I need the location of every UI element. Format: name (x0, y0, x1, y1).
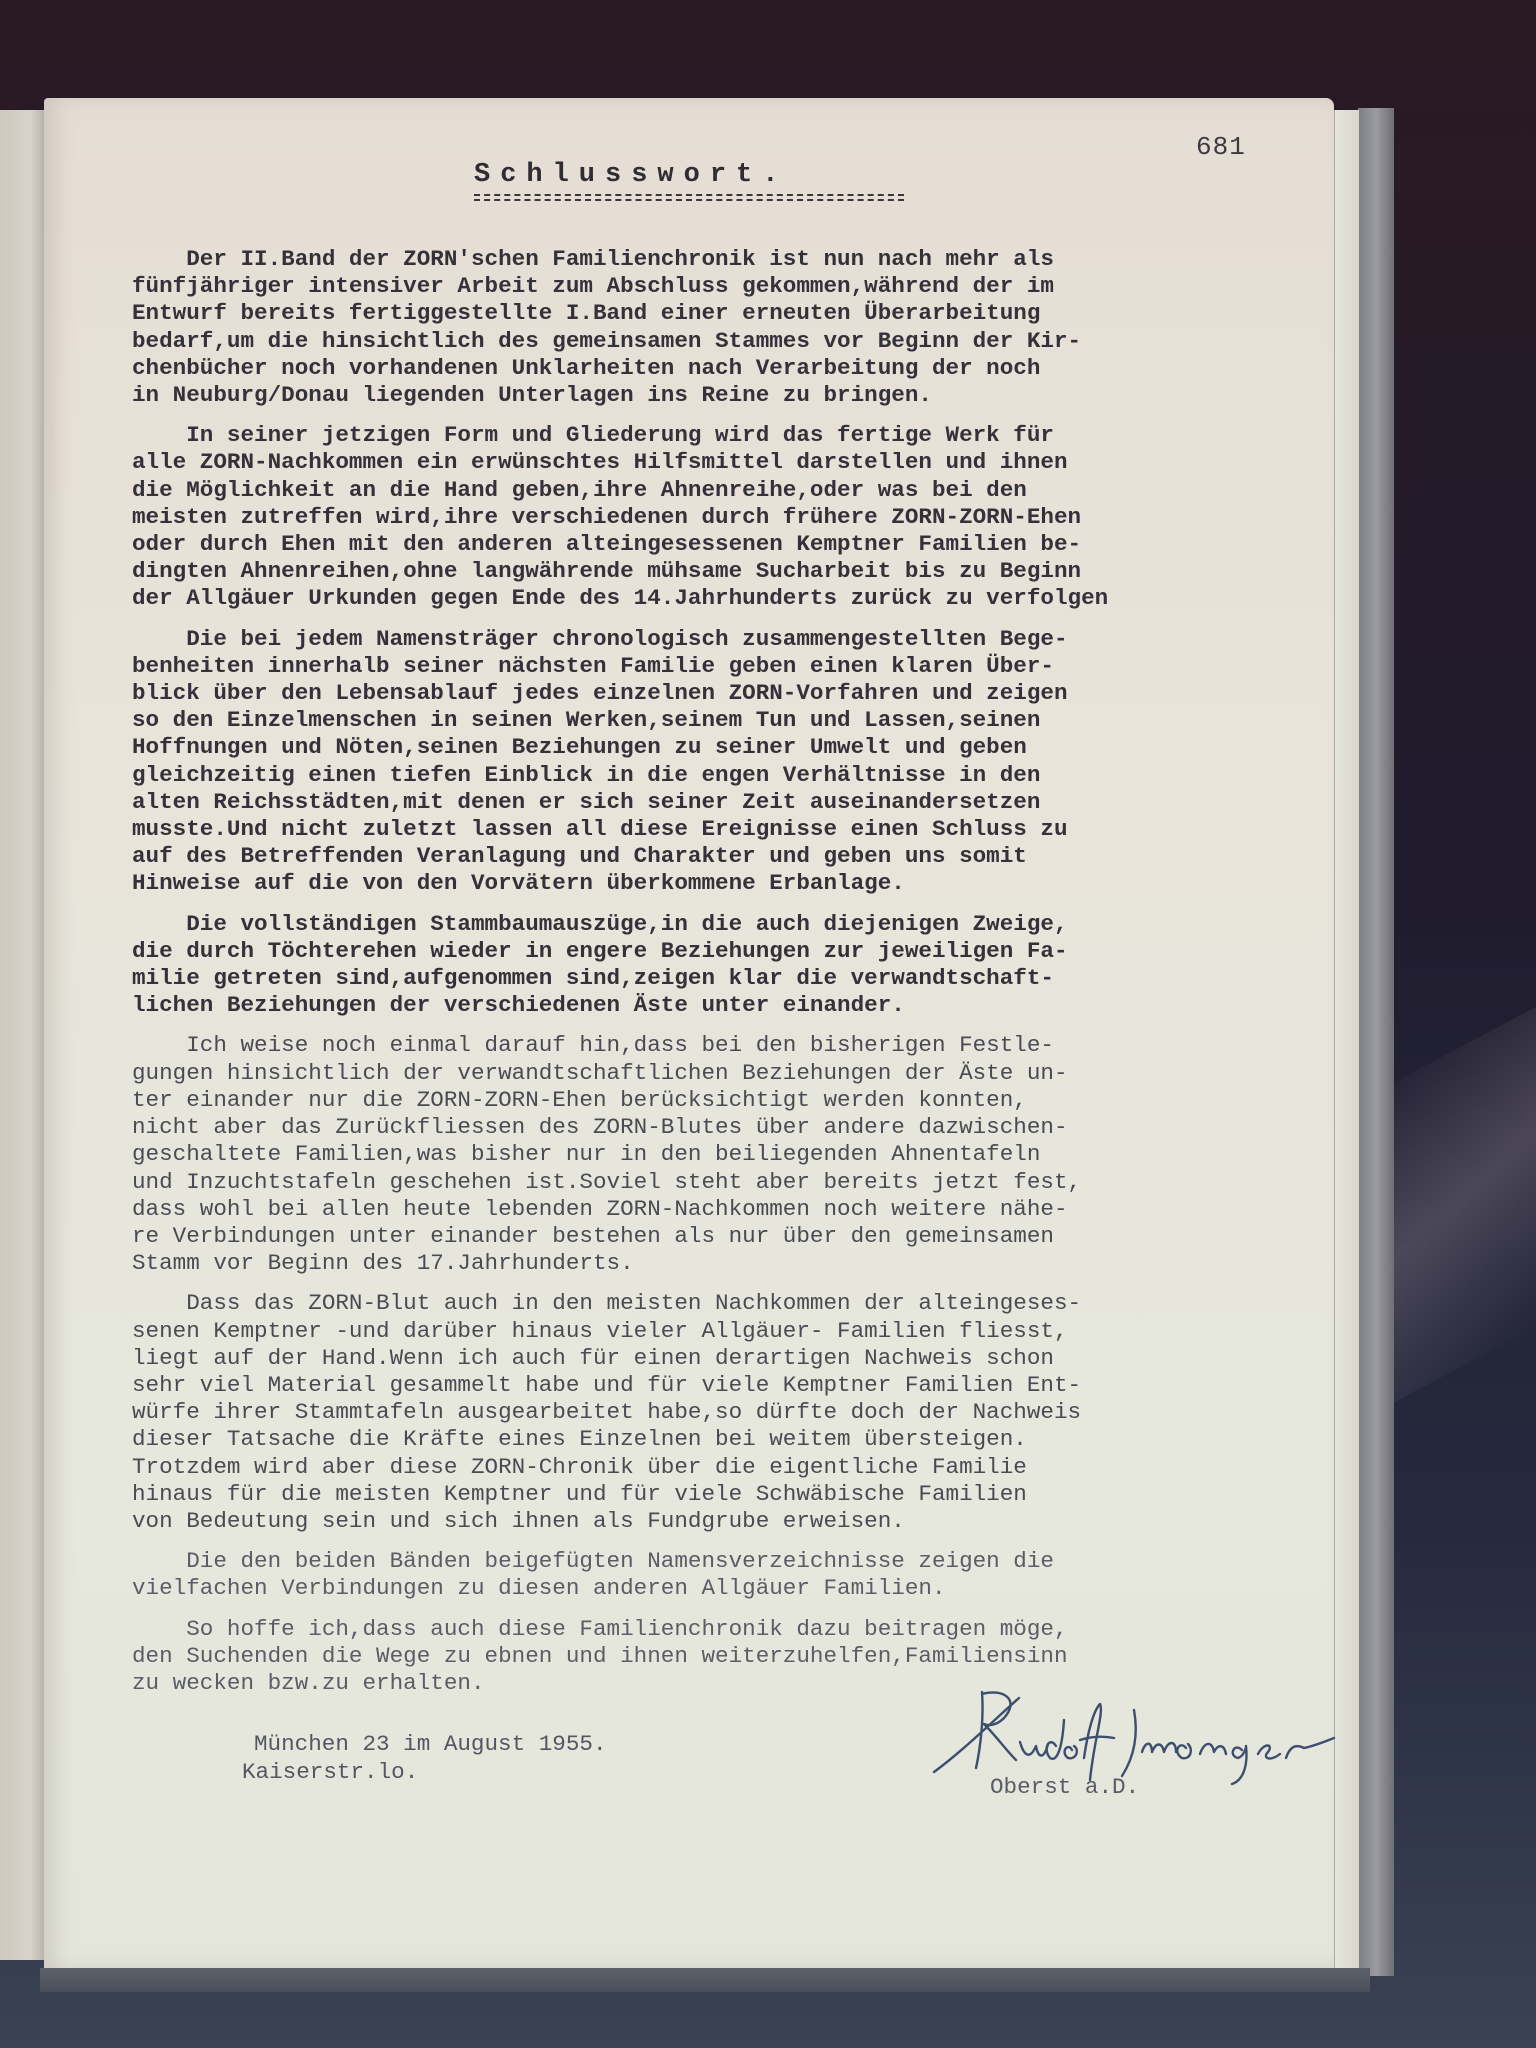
text-line: gleichzeitig einen tiefen Einblick in di… (132, 762, 1392, 789)
paragraph: Die den beiden Bänden beigefügten Namens… (132, 1548, 1392, 1602)
text-line: oder durch Ehen mit den anderen alteinge… (132, 531, 1392, 558)
place-date: München 23 im August 1955. (254, 1730, 607, 1758)
title-double-underline (474, 194, 904, 201)
paragraph: In seiner jetzigen Form und Gliederung w… (132, 422, 1392, 612)
text-line: vielfachen Verbindungen zu diesen andere… (132, 1575, 1392, 1602)
text-line: alle ZORN-Nachkommen ein erwünschtes Hil… (132, 449, 1392, 476)
text-line: So hoffe ich,dass auch diese Familienchr… (132, 1616, 1392, 1643)
text-line: den Suchenden die Wege zu ebnen und ihne… (132, 1643, 1392, 1670)
text-line: Die den beiden Bänden beigefügten Namens… (132, 1548, 1392, 1575)
text-line: und Inzuchtstafeln geschehen ist.Soviel … (132, 1169, 1392, 1196)
page-bottom-shadow (40, 1968, 1370, 1992)
title-block: Schlusswort. (474, 160, 904, 201)
text-line: milie getreten sind,aufgenommen sind,zei… (132, 965, 1392, 992)
text-line: Hoffnungen und Nöten,seinen Beziehungen … (132, 734, 1392, 761)
text-line: würfe ihrer Stammtafeln ausgearbeitet ha… (132, 1399, 1392, 1426)
paragraph: Ich weise noch einmal darauf hin,dass be… (132, 1032, 1392, 1277)
text-line: bedarf,um die hinsichtlich des gemeinsam… (132, 328, 1392, 355)
text-line: re Verbindungen unter einander bestehen … (132, 1223, 1392, 1250)
left-facing-page-edge (0, 110, 46, 1960)
text-line: Die vollständigen Stammbaumauszüge,in di… (132, 911, 1392, 938)
page-title: Schlusswort. (474, 160, 904, 190)
text-line: die durch Töchterehen wieder in engere B… (132, 938, 1392, 965)
text-line: der Allgäuer Urkunden gegen Ende des 14.… (132, 585, 1392, 612)
text-line: meisten zutreffen wird,ihre verschiedene… (132, 504, 1392, 531)
paragraph: Die bei jedem Namensträger chronologisch… (132, 626, 1392, 898)
text-line: nicht aber das Zurückfliessen des ZORN-B… (132, 1114, 1392, 1141)
text-line: Der II.Band der ZORN'schen Familienchron… (132, 246, 1392, 273)
text-line: die Möglichkeit an die Hand geben,ihre A… (132, 477, 1392, 504)
paragraph: Der II.Band der ZORN'schen Familienchron… (132, 246, 1392, 409)
text-line: dass wohl bei allen heute lebenden ZORN-… (132, 1196, 1392, 1223)
address: Kaiserstr.lo. (242, 1758, 607, 1786)
paragraph: Dass das ZORN-Blut auch in den meisten N… (132, 1290, 1392, 1535)
page-number: 681 (1196, 132, 1246, 162)
text-line: ter einander nur die ZORN-ZORN-Ehen berü… (132, 1087, 1392, 1114)
text-line: Trotzdem wird aber diese ZORN-Chronik üb… (132, 1454, 1392, 1481)
text-line: musste.Und nicht zuletzt lassen all dies… (132, 816, 1392, 843)
text-line: blick über den Lebensablauf jedes einzel… (132, 680, 1392, 707)
body-text: Der II.Band der ZORN'schen Familienchron… (132, 246, 1392, 1710)
text-line: dieser Tatsache die Kräfte eines Einzeln… (132, 1426, 1392, 1453)
text-line: sehr viel Material gesammelt habe und fü… (132, 1372, 1392, 1399)
text-line: dingten Ahnenreihen,ohne langwährende mü… (132, 558, 1392, 585)
text-line: Entwurf bereits fertiggestellte I.Band e… (132, 300, 1392, 327)
text-line: chenbücher noch vorhandenen Unklarheiten… (132, 355, 1392, 382)
text-line: in Neuburg/Donau liegenden Unterlagen in… (132, 382, 1392, 409)
text-line: fünfjähriger intensiver Arbeit zum Absch… (132, 273, 1392, 300)
text-line: Dass das ZORN-Blut auch in den meisten N… (132, 1290, 1392, 1317)
text-line: hinaus für die meisten Kemptner und für … (132, 1481, 1392, 1508)
text-line: gungen hinsichtlich der verwandtschaftli… (132, 1060, 1392, 1087)
text-line: alten Reichsstädten,mit denen er sich se… (132, 789, 1392, 816)
text-line: benheiten innerhalb seiner nächsten Fami… (132, 653, 1392, 680)
text-line: In seiner jetzigen Form und Gliederung w… (132, 422, 1392, 449)
signatory-rank: Oberst a.D. (990, 1774, 1139, 1800)
text-line: geschaltete Familien,was bisher nur in d… (132, 1141, 1392, 1168)
text-line: liegt auf der Hand.Wenn ich auch für ein… (132, 1345, 1392, 1372)
text-line: so den Einzelmenschen in seinen Werken,s… (132, 707, 1392, 734)
text-line: Stamm vor Beginn des 17.Jahrhunderts. (132, 1250, 1392, 1277)
text-line: Hinweise auf die von den Vorvätern überk… (132, 870, 1392, 897)
text-line: senen Kemptner -und darüber hinaus viele… (132, 1318, 1392, 1345)
text-line: Ich weise noch einmal darauf hin,dass be… (132, 1032, 1392, 1059)
paragraph: Die vollständigen Stammbaumauszüge,in di… (132, 911, 1392, 1020)
text-line: von Bedeutung sein und sich ihnen als Fu… (132, 1508, 1392, 1535)
text-line: Die bei jedem Namensträger chronologisch… (132, 626, 1392, 653)
text-line: lichen Beziehungen der verschiedenen Äst… (132, 992, 1392, 1019)
text-line: auf des Betreffenden Veranlagung und Cha… (132, 843, 1392, 870)
typewritten-page: 681 Schlusswort. Der II.Band der ZORN'sc… (44, 98, 1334, 1968)
closing-block: München 23 im August 1955. Kaiserstr.lo. (254, 1730, 607, 1786)
